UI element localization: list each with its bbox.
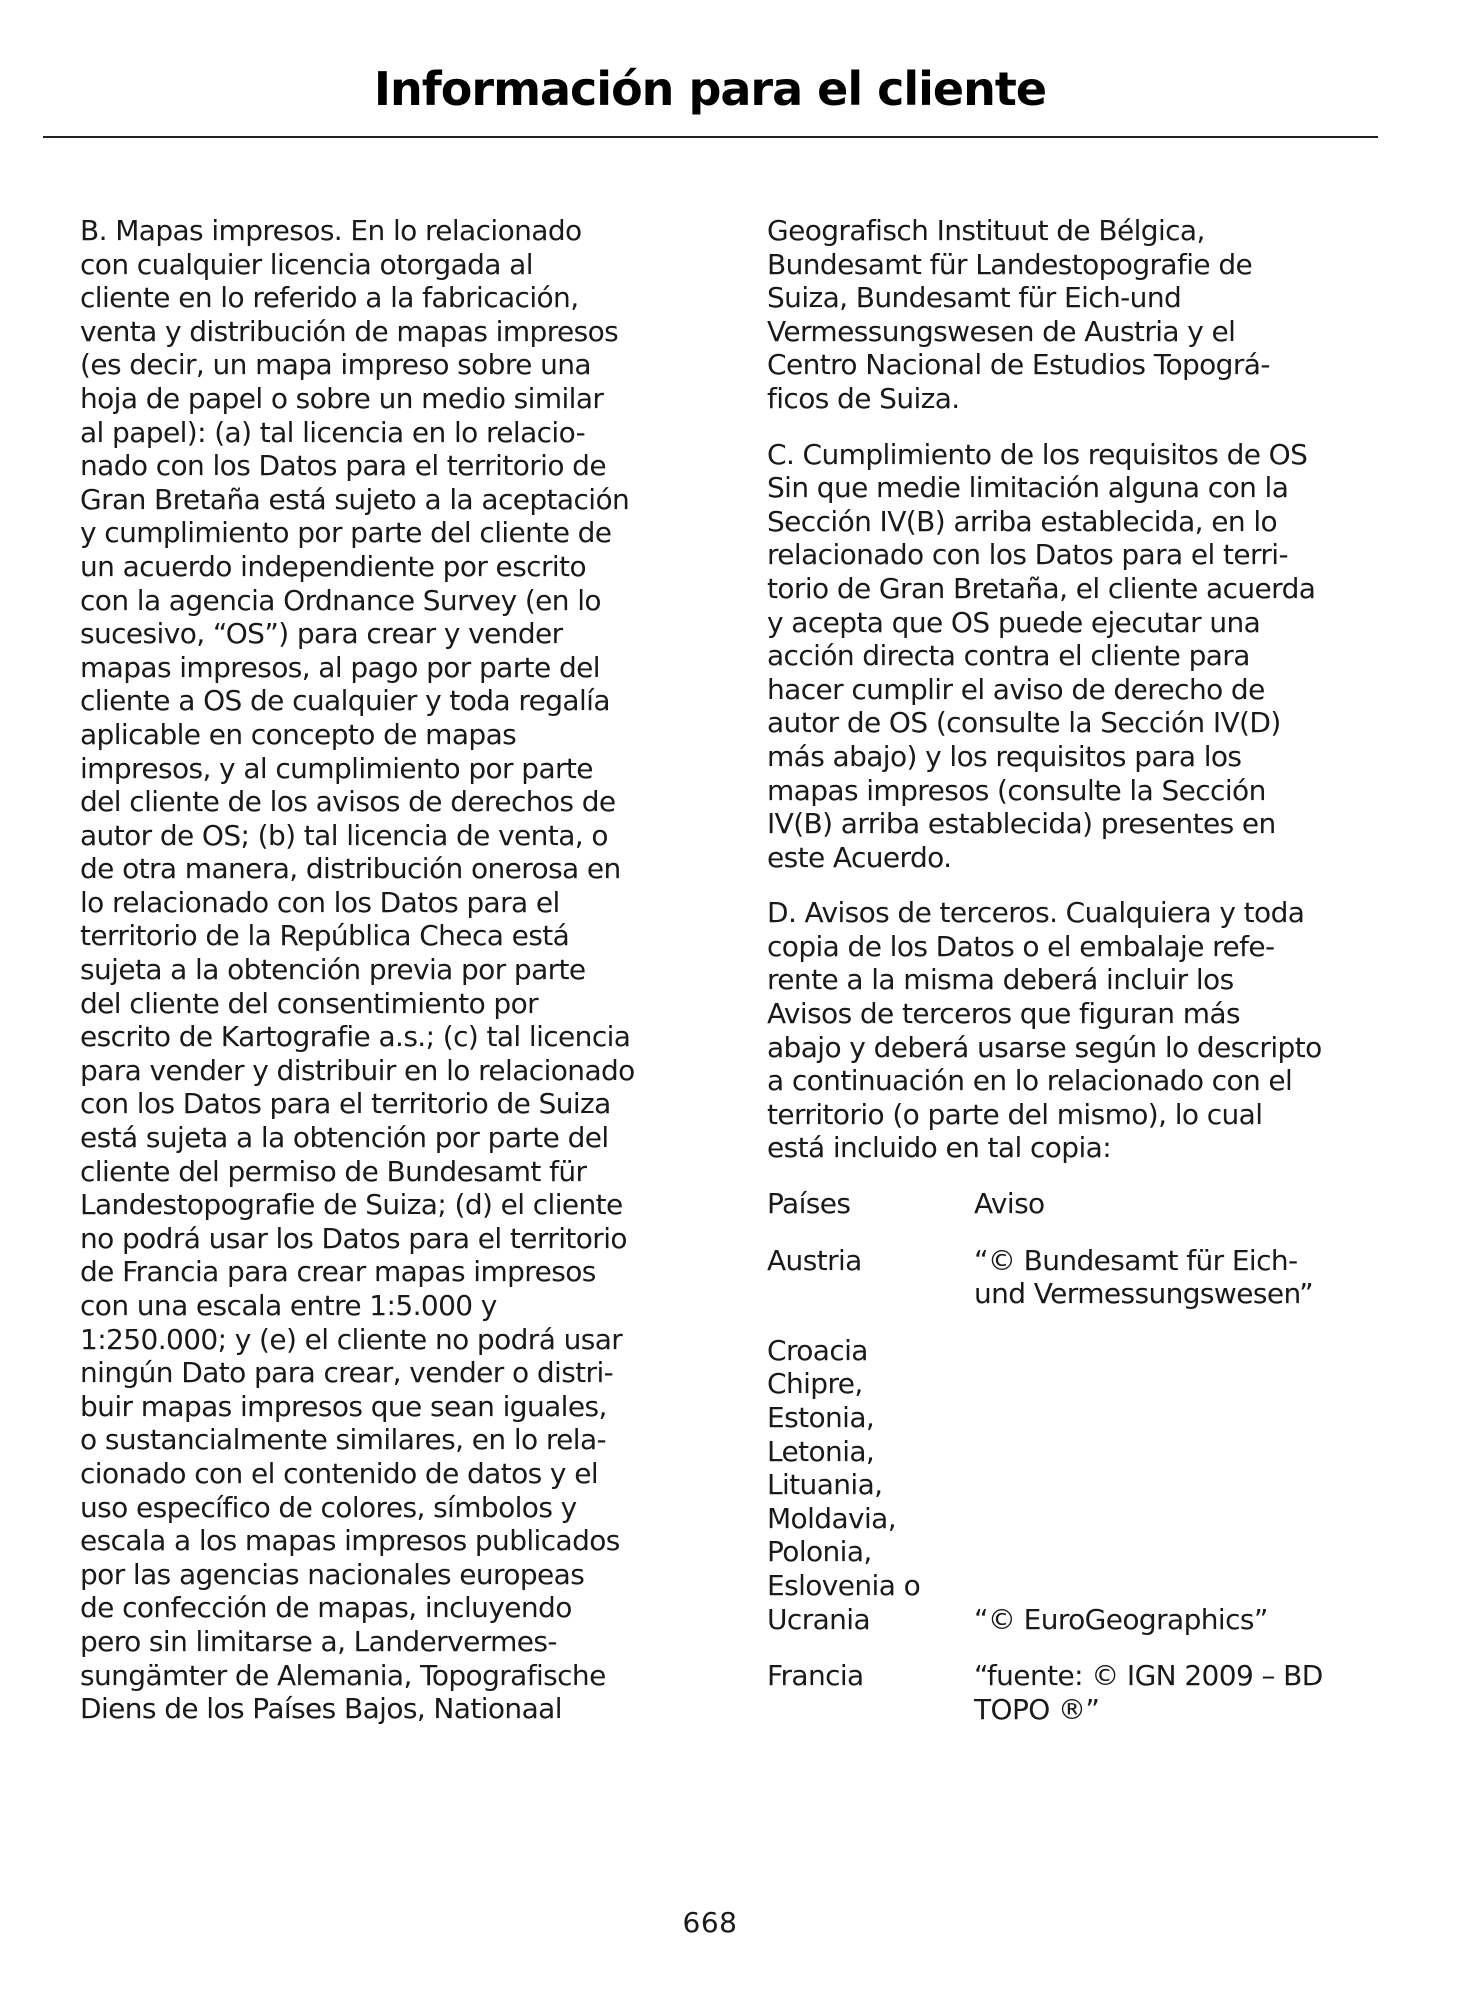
paragraph-printed-maps: B. Mapas impresos. En lo relacionado con… [80, 214, 680, 1726]
cell-countries: Croacia Chipre, Estonia, Letonia, Lituan… [767, 1334, 974, 1659]
cell-notice: “© Bundesamt für Eich- und Vermessungswe… [974, 1244, 1374, 1334]
column-header-countries: Países [767, 1187, 974, 1244]
cell-notice: “fuente: © IGN 2009 – BD TOPO ®” [974, 1659, 1374, 1726]
table-row: Francia “fuente: © IGN 2009 – BD TOPO ®” [767, 1659, 1374, 1726]
page-title: Información para el cliente [0, 62, 1420, 116]
table-row: Austria “© Bundesamt für Eich- und Verme… [767, 1244, 1374, 1334]
paragraph-os-compliance: C. Cumplimiento de los requisitos de OS … [767, 438, 1377, 875]
title-divider [43, 136, 1378, 138]
notice-table: Países Aviso Austria “© Bundesamt für Ei… [767, 1187, 1374, 1726]
page-number: 668 [0, 1906, 1420, 1939]
column-header-notice: Aviso [974, 1187, 1374, 1244]
table-row: Croacia Chipre, Estonia, Letonia, Lituan… [767, 1334, 1374, 1659]
paragraph-agencies-continued: Geografisch Instituut de Bélgica, Bundes… [767, 214, 1377, 416]
cell-countries: Francia [767, 1659, 974, 1726]
left-column: B. Mapas impresos. En lo relacionado con… [80, 214, 680, 1748]
right-column: Geografisch Instituut de Bélgica, Bundes… [767, 214, 1377, 1726]
cell-notice: “© EuroGeographics” [974, 1334, 1374, 1659]
cell-countries: Austria [767, 1244, 974, 1334]
paragraph-third-party-notices: D. Avisos de terceros. Cualquiera y toda… [767, 896, 1377, 1165]
table-header-row: Países Aviso [767, 1187, 1374, 1244]
